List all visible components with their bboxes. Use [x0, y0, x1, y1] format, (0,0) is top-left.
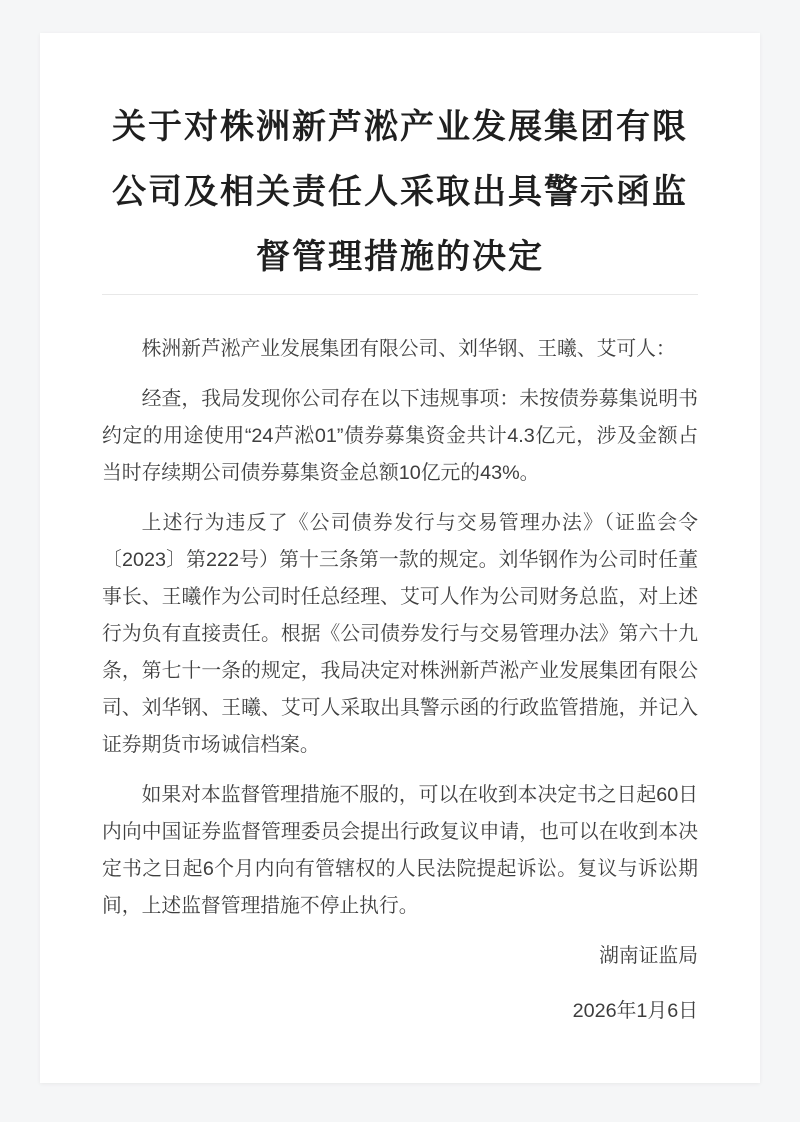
- issuer-signature: 湖南证监局: [102, 938, 698, 975]
- appeal-rights-paragraph: 如果对本监督管理措施不服的，可以在收到本决定书之日起60日内向中国证券监督管理委…: [102, 777, 698, 925]
- page-background: 关于对株洲新芦淞产业发展集团有限公司及相关责任人采取出具警示函监督管理措施的决定…: [0, 0, 800, 1122]
- document-body: 株洲新芦淞产业发展集团有限公司、刘华钢、王曦、艾可人： 经查，我局发现你公司存在…: [102, 331, 698, 1030]
- title-divider: [102, 294, 698, 295]
- document-card: 关于对株洲新芦淞产业发展集团有限公司及相关责任人采取出具警示函监督管理措施的决定…: [40, 33, 760, 1083]
- violation-facts-paragraph: 经查，我局发现你公司存在以下违规事项：未按债券募集说明书约定的用途使用“24芦淞…: [102, 381, 698, 492]
- issue-date: 2026年1月6日: [102, 993, 698, 1030]
- salutation-paragraph: 株洲新芦淞产业发展集团有限公司、刘华钢、王曦、艾可人：: [102, 331, 698, 368]
- decision-paragraph: 上述行为违反了《公司债券发行与交易管理办法》（证监会令〔2023〕第222号）第…: [102, 505, 698, 764]
- document-title: 关于对株洲新芦淞产业发展集团有限公司及相关责任人采取出具警示函监督管理措施的决定: [102, 95, 698, 290]
